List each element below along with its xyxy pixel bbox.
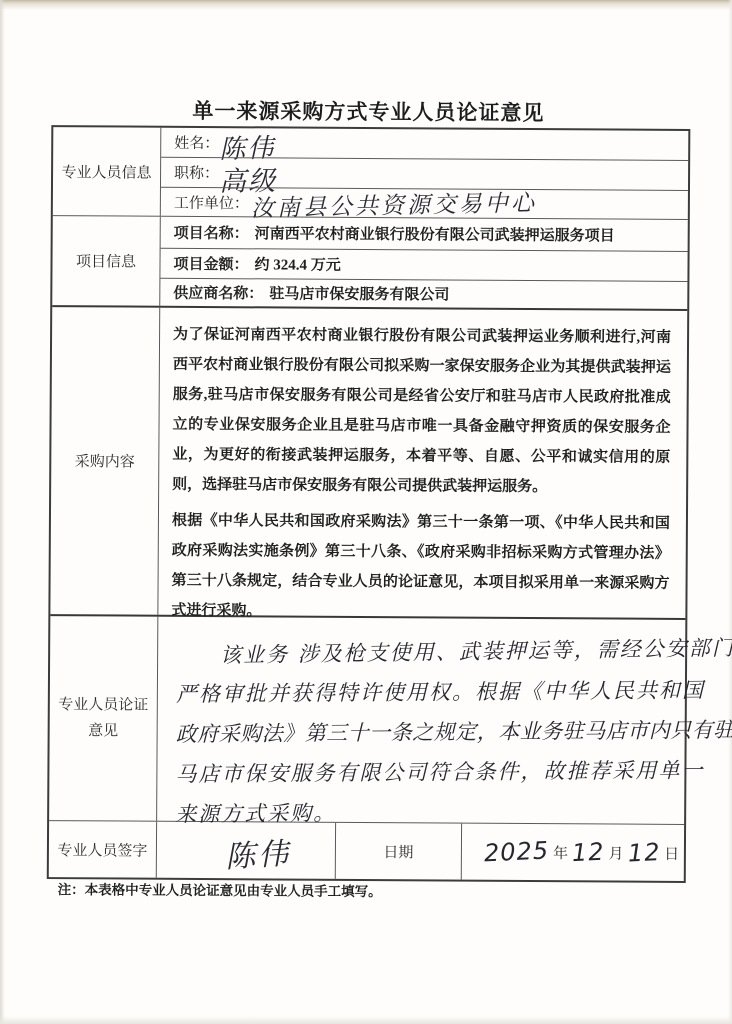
- org-label: 工作单位：: [174, 191, 249, 212]
- date-year-handwritten: 2025: [483, 836, 549, 867]
- expert-opinion-row: 专业人员论证 意见 该业务 涉及枪支使用、武装押运等，需经公安部门 严格审批并获…: [49, 616, 685, 825]
- expert-opinion-label-line2: 意见: [58, 718, 148, 745]
- name-field-row: 姓名： 陈伟: [161, 128, 688, 160]
- date-label: 日期: [336, 823, 462, 880]
- project-info-content: 项目名称： 河南西平农村商业银行股份有限公司武装押运服务项目 项目金额： 约 3…: [160, 217, 688, 309]
- project-info-row: 项目信息 项目名称： 河南西平农村商业银行股份有限公司武装押运服务项目 项目金额…: [52, 216, 688, 311]
- supplier-label: 供应商名称：: [173, 282, 263, 304]
- procurement-paragraph-1: 为了保证河南西平农村商业银行股份有限公司武装押运业务顺利进行,河南西平农村商业银…: [159, 308, 687, 509]
- professional-info-label: 专业人员信息: [53, 127, 162, 216]
- name-label: 姓名：: [174, 132, 219, 153]
- date-month-suffix: 月: [609, 842, 624, 863]
- supplier-value: 驻马店市保安服务有限公司: [269, 282, 449, 304]
- expert-opinion-label: 专业人员论证 意见: [49, 616, 158, 821]
- org-field-row: 工作单位： 汝南县公共资源交易中心: [161, 187, 688, 219]
- procurement-content-body: 为了保证河南西平农村商业银行股份有限公司武装押运业务顺利进行,河南西平农村商业银…: [158, 308, 687, 618]
- date-day-handwritten: 12: [627, 838, 661, 867]
- date-month-handwritten: 12: [571, 838, 605, 867]
- signature-handwritten: 陈伟: [224, 828, 293, 876]
- expert-opinion-label-line1: 专业人员论证: [58, 692, 148, 719]
- expert-opinion-body: 该业务 涉及枪支使用、武装押运等，需经公安部门 严格审批并获得特许使用权。根据《…: [157, 617, 685, 824]
- opinion-handwritten-line: 马店市保安服务有限公司符合条件，故推荐采用单一: [175, 750, 674, 794]
- title-label: 职称：: [174, 162, 219, 183]
- scanned-page: 单一来源采购方式专业人员论证意见 专业人员信息 姓名： 陈伟 职称： 高级 工作…: [0, 0, 732, 1024]
- footer-note: 注：本表格中专业人员论证意见由专业人员手工填写。: [58, 878, 382, 900]
- form-table: 专业人员信息 姓名： 陈伟 职称： 高级 工作单位： 汝南县公共资源交易中心: [47, 125, 691, 883]
- supplier-row: 供应商名称： 驻马店市保安服务有限公司: [160, 278, 687, 309]
- signature-label: 专业人员签字: [49, 821, 157, 878]
- opinion-handwritten-line: 该业务 涉及枪支使用、武装押运等，需经公安部门: [176, 629, 676, 676]
- opinion-handwritten-line: 政府采购法》第三十一条之规定，本业务驻马店市内只有驻: [176, 710, 675, 754]
- professional-info-row: 专业人员信息 姓名： 陈伟 职称： 高级 工作单位： 汝南县公共资源交易中心: [53, 127, 689, 220]
- opinion-handwritten-line: 严格审批并获得特许使用权。根据《中华人民共和国: [176, 670, 675, 714]
- document-sheet: 单一来源采购方式专业人员论证意见 专业人员信息 姓名： 陈伟 职称： 高级 工作…: [0, 0, 732, 1024]
- signature-area: 陈伟: [157, 822, 336, 879]
- project-name-row: 项目名称： 河南西平农村商业银行股份有限公司武装押运服务项目: [161, 217, 688, 251]
- project-name-value: 河南西平农村商业银行股份有限公司武装押运服务项目: [255, 222, 615, 245]
- project-amount-label: 项目金额：: [173, 253, 248, 274]
- date-year-suffix: 年: [553, 842, 568, 863]
- procurement-content-row: 采购内容 为了保证河南西平农村商业银行股份有限公司武装押运业务顺利进行,河南西平…: [50, 307, 687, 620]
- project-info-label: 项目信息: [52, 216, 161, 306]
- date-value-area: 2025 年 12 月 12 日: [462, 824, 684, 881]
- date-day-suffix: 日: [664, 842, 679, 863]
- procurement-paragraph-2: 根据《中华人民共和国政府采购法》第三十一条第一项、《中华人民共和国政府采购法实施…: [158, 506, 686, 635]
- professional-info-content: 姓名： 陈伟 职称： 高级 工作单位： 汝南县公共资源交易中心: [161, 128, 689, 219]
- title-field-row: 职称： 高级: [161, 157, 688, 190]
- project-name-label: 项目名称：: [174, 222, 249, 243]
- signature-row: 专业人员签字 陈伟 日期 2025 年 12 月 12 日: [49, 821, 684, 881]
- procurement-content-label: 采购内容: [50, 307, 160, 615]
- project-amount-row: 项目金额： 约 324.4 万元: [160, 248, 687, 281]
- document-title: 单一来源采购方式专业人员论证意见: [2, 94, 732, 128]
- project-amount-value: 约 324.4 万元: [254, 253, 340, 275]
